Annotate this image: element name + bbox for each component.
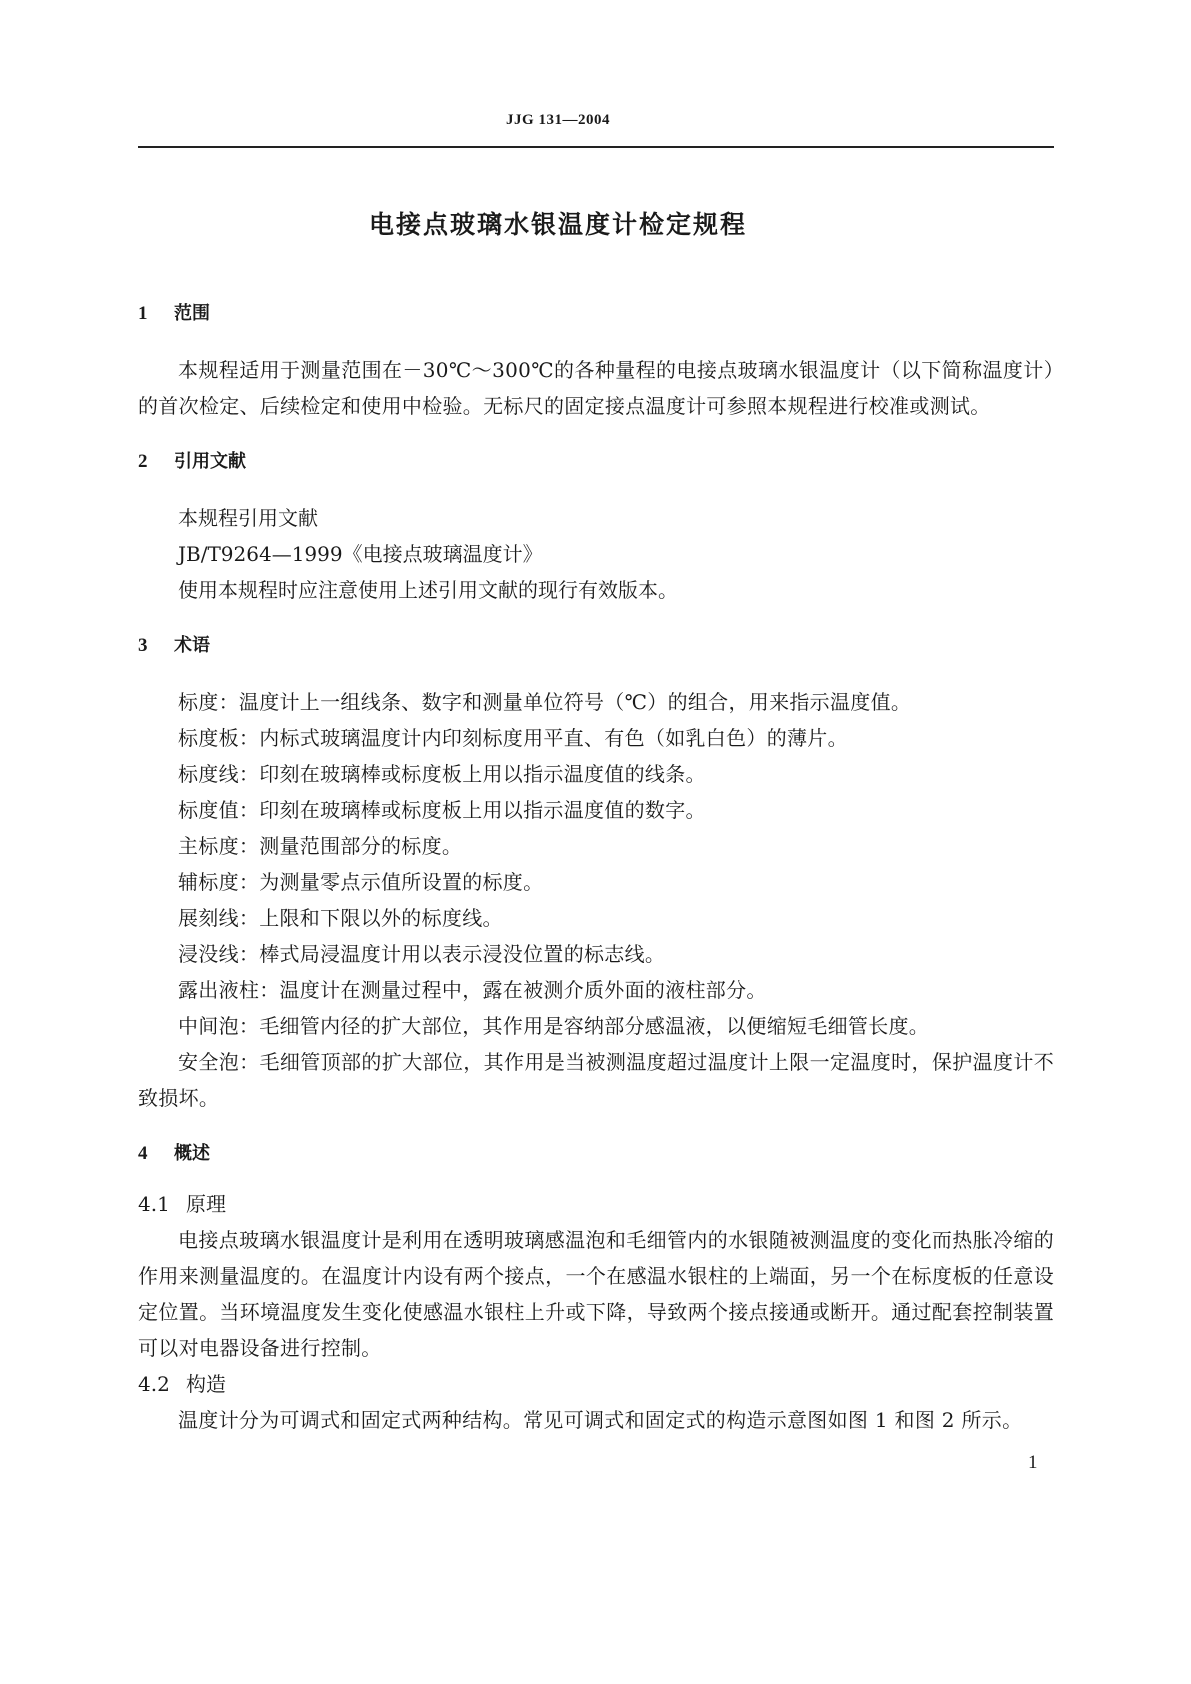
section-title: 范围 <box>174 303 210 324</box>
section-title: 术语 <box>174 635 210 656</box>
reference-line: JB/T9264—1999《电接点玻璃温度计》 <box>138 536 1054 572</box>
section-title: 概述 <box>174 1143 210 1164</box>
term-definition: 露出液柱：温度计在测量过程中，露在被测介质外面的液柱部分。 <box>138 972 1054 1008</box>
reference-line: 本规程引用文献 <box>138 500 1054 536</box>
subsection-number: 4.2 <box>138 1366 186 1402</box>
term-definition: 安全泡：毛细管顶部的扩大部位，其作用是当被测温度超过温度计上限一定温度时，保护温… <box>138 1044 1054 1116</box>
paragraph: 本规程适用于测量范围在－30℃～300℃的各种量程的电接点玻璃水银温度计（以下简… <box>138 352 1054 424</box>
section-number: 1 <box>138 296 174 332</box>
reference-line: 使用本规程时应注意使用上述引用文献的现行有效版本。 <box>138 572 1054 608</box>
term-definition: 展刻线：上限和下限以外的标度线。 <box>138 900 1054 936</box>
term-definition: 浸没线：棒式局浸温度计用以表示浸没位置的标志线。 <box>138 936 1054 972</box>
subsection-heading-construction: 4.2构造 <box>138 1366 1054 1402</box>
page-number: 1 <box>1028 1452 1038 1474</box>
section-number: 3 <box>138 628 174 664</box>
section-heading-terms: 3术语 <box>138 628 1054 664</box>
term-definition: 辅标度：为测量零点示值所设置的标度。 <box>138 864 1054 900</box>
subsection-heading-principle: 4.1原理 <box>138 1186 1054 1222</box>
document-title: 电接点玻璃水银温度计检定规程 <box>0 205 1116 241</box>
term-definition: 主标度：测量范围部分的标度。 <box>138 828 1054 864</box>
term-definition: 标度板：内标式玻璃温度计内印刻标度用平直、有色（如乳白色）的薄片。 <box>138 720 1054 756</box>
subsection-number: 4.1 <box>138 1186 186 1222</box>
section-heading-scope: 1范围 <box>138 296 1054 332</box>
term-definition: 标度线：印刻在玻璃棒或标度板上用以指示温度值的线条。 <box>138 756 1054 792</box>
header-divider <box>138 146 1054 148</box>
section-heading-references: 2引用文献 <box>138 444 1054 480</box>
standard-code: JJG 131—2004 <box>0 112 1116 129</box>
paragraph: 温度计分为可调式和固定式两种结构。常见可调式和固定式的构造示意图如图 1 和图 … <box>138 1402 1054 1438</box>
section-heading-overview: 4概述 <box>138 1136 1054 1172</box>
subsection-title: 原理 <box>186 1192 226 1216</box>
term-definition: 中间泡：毛细管内径的扩大部位，其作用是容纳部分感温液，以便缩短毛细管长度。 <box>138 1008 1054 1044</box>
term-definition: 标度：温度计上一组线条、数字和测量单位符号（℃）的组合，用来指示温度值。 <box>138 684 1054 720</box>
section-number: 4 <box>138 1136 174 1172</box>
section-number: 2 <box>138 444 174 480</box>
section-title: 引用文献 <box>174 451 246 472</box>
term-definition: 标度值：印刻在玻璃棒或标度板上用以指示温度值的数字。 <box>138 792 1054 828</box>
paragraph: 电接点玻璃水银温度计是利用在透明玻璃感温泡和毛细管内的水银随被测温度的变化而热胀… <box>138 1222 1054 1366</box>
document-body: 1范围 本规程适用于测量范围在－30℃～300℃的各种量程的电接点玻璃水银温度计… <box>138 296 1054 1438</box>
subsection-title: 构造 <box>186 1372 226 1396</box>
